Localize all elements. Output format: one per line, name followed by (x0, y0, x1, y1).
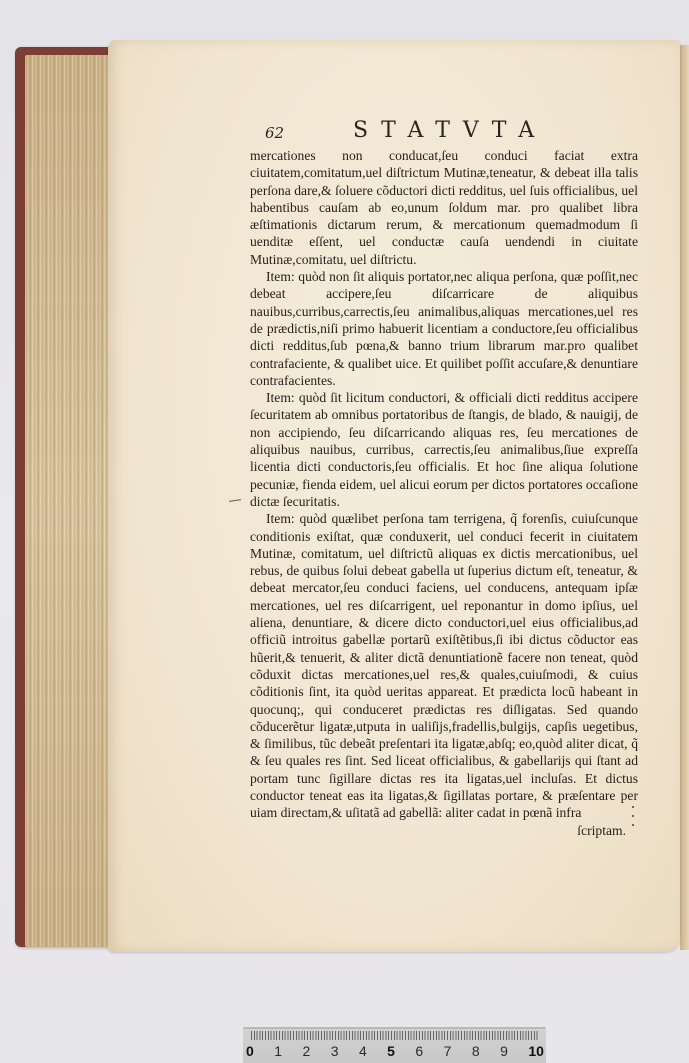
page-header: 62 STATVTA (265, 118, 655, 148)
folio-number: 62 (265, 124, 284, 142)
ruler-label: 4 (359, 1043, 367, 1059)
running-title: STATVTA (353, 118, 547, 143)
ruler-label: 9 (500, 1043, 508, 1059)
paragraph-end-word: ſcriptam. (250, 822, 638, 839)
facing-page-edge (680, 45, 689, 950)
marginal-dots (632, 806, 635, 833)
ruler-label: 7 (444, 1043, 452, 1059)
paragraph: Item: quòd non ſit aliquis portator,nec … (250, 268, 638, 389)
paragraph: Item: quòd quælibet perſona tam terrigen… (250, 510, 638, 821)
ruler-label: 0 (246, 1043, 254, 1059)
ruler-label: 5 (387, 1043, 395, 1059)
page-body-text: mercationes non conducat,ſeu conduci fac… (250, 147, 638, 839)
ruler-labels: 0 1 2 3 4 5 6 7 8 9 10 (246, 1043, 544, 1059)
ruler-label: 2 (302, 1043, 310, 1059)
paragraph: Item: quòd ſit licitum conductori, & off… (250, 389, 638, 510)
paragraph: mercationes non conducat,ſeu conduci fac… (250, 147, 638, 268)
ruler-label: 6 (415, 1043, 423, 1059)
ruler-ticks (251, 1031, 538, 1040)
ruler-label: 1 (274, 1043, 282, 1059)
ruler-label: 10 (528, 1043, 544, 1059)
scale-ruler: 0 1 2 3 4 5 6 7 8 9 10 (243, 1027, 546, 1063)
page-block-edges (25, 55, 117, 947)
ruler-label: 8 (472, 1043, 480, 1059)
ruler-label: 3 (331, 1043, 339, 1059)
